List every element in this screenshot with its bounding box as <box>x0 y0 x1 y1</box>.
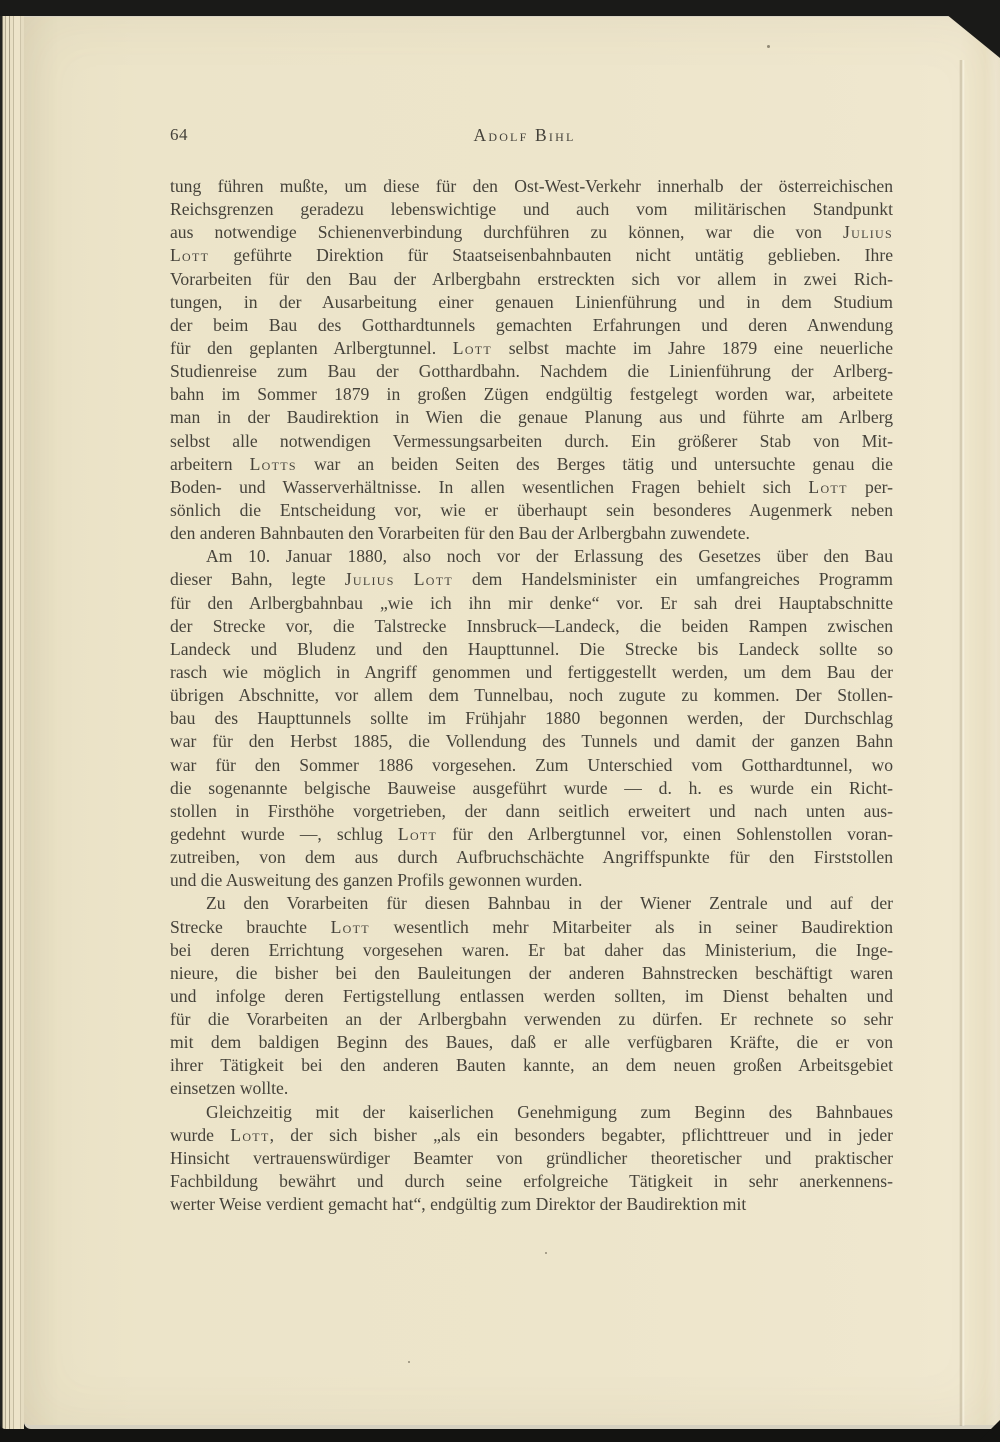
text-line: übrigen Abschnitte, vor allem dem Tunnel… <box>170 684 893 707</box>
text-line: Lott geführte Direktion für Staatseisenb… <box>170 244 893 267</box>
paragraph: Am 10. Januar 1880, also noch vor der Er… <box>170 545 893 892</box>
text-line: Strecke brauchte Lott wesentlich mehr Mi… <box>170 916 893 939</box>
text-line: der beim Bau des Gotthardtunnels gemacht… <box>170 314 893 337</box>
text-line: bahn im Sommer 1879 in großen Zügen endg… <box>170 383 893 406</box>
scan-border-bottom <box>0 1429 1000 1442</box>
text-line: für den geplanten Arlbergtunnel. Lott se… <box>170 337 893 360</box>
text-line: gedehnt wurde —, schlug Lott für den Arl… <box>170 823 893 846</box>
text-line: die sogenannte belgische Bauweise ausgef… <box>170 777 893 800</box>
text-line: stollen in Firsthöhe vorgetrieben, der d… <box>170 800 893 823</box>
text-line: und infolge deren Fertigstellung entlass… <box>170 985 893 1008</box>
text-line: Zu den Vorarbeiten für diesen Bahnbau in… <box>170 892 893 915</box>
speck <box>767 45 770 48</box>
text-line: Fachbildung bewährt und durch seine erfo… <box>170 1170 893 1193</box>
text-line: zutreiben, von dem aus durch Aufbruchsch… <box>170 846 893 869</box>
paragraph: Zu den Vorarbeiten für diesen Bahnbau in… <box>170 892 893 1100</box>
text-line: Am 10. Januar 1880, also noch vor der Er… <box>170 545 893 568</box>
text-line: man in der Baudirektion in Wien die gena… <box>170 406 893 429</box>
text-line: werter Weise verdient gemacht hat“, endg… <box>170 1193 893 1216</box>
text-line: dieser Bahn, legte Julius Lott dem Hande… <box>170 568 893 591</box>
text-line: nieure, die bisher bei den Bauleitungen … <box>170 962 893 985</box>
page-edge-stack <box>0 16 24 1429</box>
text-line: Boden- und Wasserverhältnisse. In allen … <box>170 476 893 499</box>
scan-border-top <box>0 0 1000 16</box>
text-line: war für den Herbst 1885, die Vollendung … <box>170 730 893 753</box>
text-line: Vorarbeiten für den Bau der Arlbergbahn … <box>170 268 893 291</box>
text-line: den anderen Bahnbauten den Vorarbeiten f… <box>170 522 893 545</box>
text-line: rasch wie möglich in Angriff genommen un… <box>170 661 893 684</box>
text-line: bei deren Errichtung vorgesehen waren. E… <box>170 939 893 962</box>
text-line: wurde Lott, der sich bisher „als ein bes… <box>170 1124 893 1147</box>
text-line: bau des Haupttunnels sollte im Frühjahr … <box>170 707 893 730</box>
paragraph: Gleichzeitig mit der kaiserlichen Genehm… <box>170 1101 893 1217</box>
text-line: arbeitern Lotts war an beiden Seiten des… <box>170 453 893 476</box>
text-line: Studienreise zum Bau der Gotthardbahn. N… <box>170 360 893 383</box>
text-line: ihrer Tätigkeit bei den anderen Bauten k… <box>170 1054 893 1077</box>
text-line: Landeck und Bludenz und den Haupttunnel.… <box>170 638 893 661</box>
text-line: aus notwendige Schienenverbindung durchf… <box>170 221 893 244</box>
text-line: Hinsicht vertrauenswürdiger Beamter von … <box>170 1147 893 1170</box>
text-line: selbst alle notwendigen Vermessungsarbei… <box>170 430 893 453</box>
text-line: für den Arlbergbahnbau „wie ich ihn mir … <box>170 592 893 615</box>
paragraph: tung führen mußte, um diese für den Ost-… <box>170 175 893 545</box>
page-gutter-crease <box>959 60 965 1426</box>
text-line: Reichsgrenzen geradezu lebenswichtige un… <box>170 198 893 221</box>
text-line: der Strecke vor, die Talstrecke Innsbruc… <box>170 615 893 638</box>
text-line: einsetzen wollte. <box>170 1077 893 1100</box>
text-line: und die Ausweitung des ganzen Profils ge… <box>170 869 893 892</box>
text-line: mit dem baldigen Beginn des Baues, daß e… <box>170 1031 893 1054</box>
text-line: sönlich die Entscheidung vor, wie er übe… <box>170 499 893 522</box>
text-line: Gleichzeitig mit der kaiserlichen Genehm… <box>170 1101 893 1124</box>
speck <box>545 1252 547 1254</box>
page-header: 64 Adolf Bihl <box>170 125 893 147</box>
speck <box>408 1361 410 1363</box>
text-line: tungen, in der Ausarbeitung einer genaue… <box>170 291 893 314</box>
text-line: tung führen mußte, um diese für den Ost-… <box>170 175 893 198</box>
book-scan: 64 Adolf Bihl tung führen mußte, um dies… <box>0 0 1000 1442</box>
text-line: für die Vorarbeiten an der Arlbergbahn v… <box>170 1008 893 1031</box>
running-header: Adolf Bihl <box>170 125 879 146</box>
text-block: tung führen mußte, um diese für den Ost-… <box>170 175 893 1216</box>
text-line: war für den Sommer 1886 vorgesehen. Zum … <box>170 754 893 777</box>
